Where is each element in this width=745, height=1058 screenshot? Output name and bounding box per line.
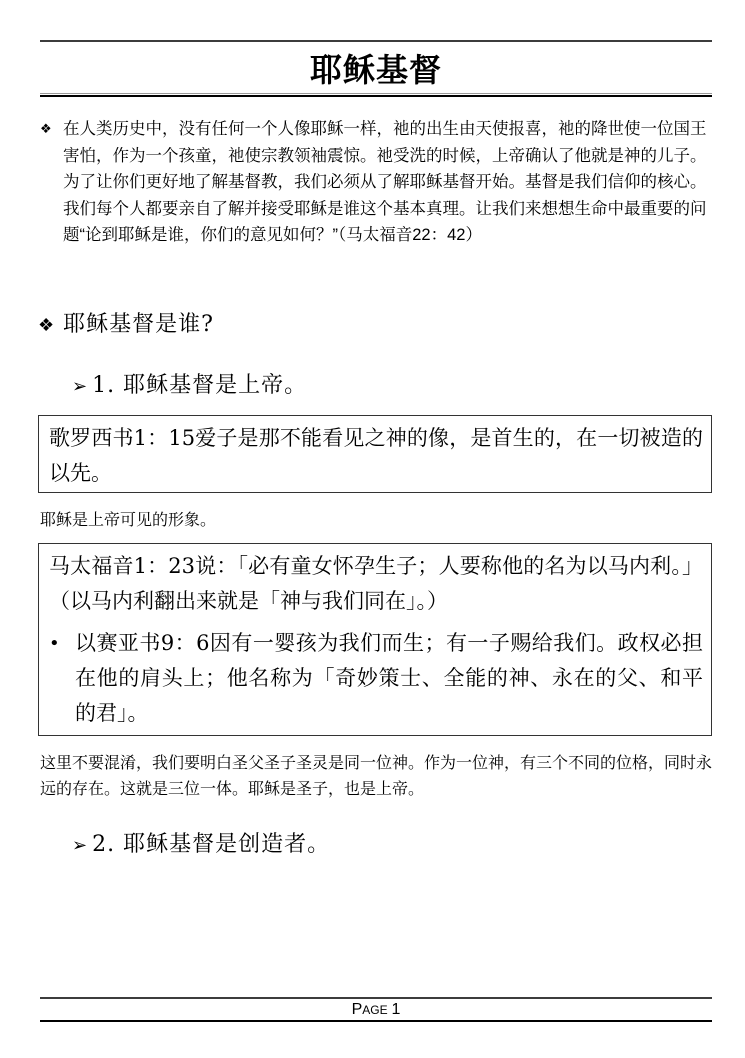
point-heading-text: 2. 耶稣基督是创造者。	[92, 832, 330, 857]
intro-text: 在人类历史中，没有任何一个人像耶稣一样，祂的出生由天使报喜，祂的降世使一位国王害…	[63, 116, 715, 249]
diamond-bullet-icon: ❖	[40, 116, 52, 143]
page-label-initial: P	[352, 1001, 363, 1018]
diamond-bullet-icon: ❖	[38, 315, 55, 336]
page-footer: PAGE 1	[40, 999, 712, 1020]
point-heading-1: ➢1. 耶稣基督是上帝。	[72, 369, 307, 404]
scripture-quote-text: 马太福音1：23说：「必有童女怀孕生子；人要称他的名为以马内利。」（以马内利翻出…	[49, 549, 703, 619]
page-number: 1	[392, 1001, 401, 1018]
arrowhead-bullet-icon: ➢	[72, 376, 88, 397]
section-heading: ❖耶稣基督是谁?	[38, 308, 214, 343]
note-paragraph: 这里不要混淆，我们要明白圣父圣子圣灵是同一位神。作为一位神，有三个不同的位格，同…	[40, 751, 715, 803]
scripture-quote-text: 歌罗西书1：15爱子是那不能看见之神的像，是首生的，在一切被造的以先。	[49, 421, 703, 491]
page-title: 耶稣基督	[40, 48, 712, 92]
scripture-quote-box: 歌罗西书1：15爱子是那不能看见之神的像，是首生的，在一切被造的以先。	[38, 415, 712, 493]
arrowhead-bullet-icon: ➢	[72, 835, 88, 856]
point-heading-text: 1. 耶稣基督是上帝。	[92, 373, 307, 398]
page-label-rest: AGE	[362, 1003, 387, 1017]
header-rule-bottom-light	[40, 93, 712, 94]
section-heading-text: 耶稣基督是谁?	[63, 312, 214, 337]
note-paragraph: 耶稣是上帝可见的形象。	[40, 508, 715, 534]
intro-paragraph: ❖ 在人类历史中，没有任何一个人像耶稣一样，祂的出生由天使报喜，祂的降世使一位国…	[40, 116, 715, 249]
point-heading-2: ➢2. 耶稣基督是创造者。	[72, 828, 330, 863]
header-rule-top	[40, 40, 712, 42]
scripture-quote-box: 马太福音1：23说：「必有童女怀孕生子；人要称他的名为以马内利。」（以马内利翻出…	[38, 543, 712, 736]
header-rule-bottom	[40, 95, 712, 97]
footer-rule-bottom	[40, 1020, 712, 1022]
bullet-dot-icon: •	[49, 626, 60, 661]
list-item: • 以赛亚书9：6因有一婴孩为我们而生；有一子赐给我们。政权必担在他的肩头上；他…	[49, 626, 703, 731]
list-item-text: 以赛亚书9：6因有一婴孩为我们而生；有一子赐给我们。政权必担在他的肩头上；他名称…	[75, 631, 703, 725]
